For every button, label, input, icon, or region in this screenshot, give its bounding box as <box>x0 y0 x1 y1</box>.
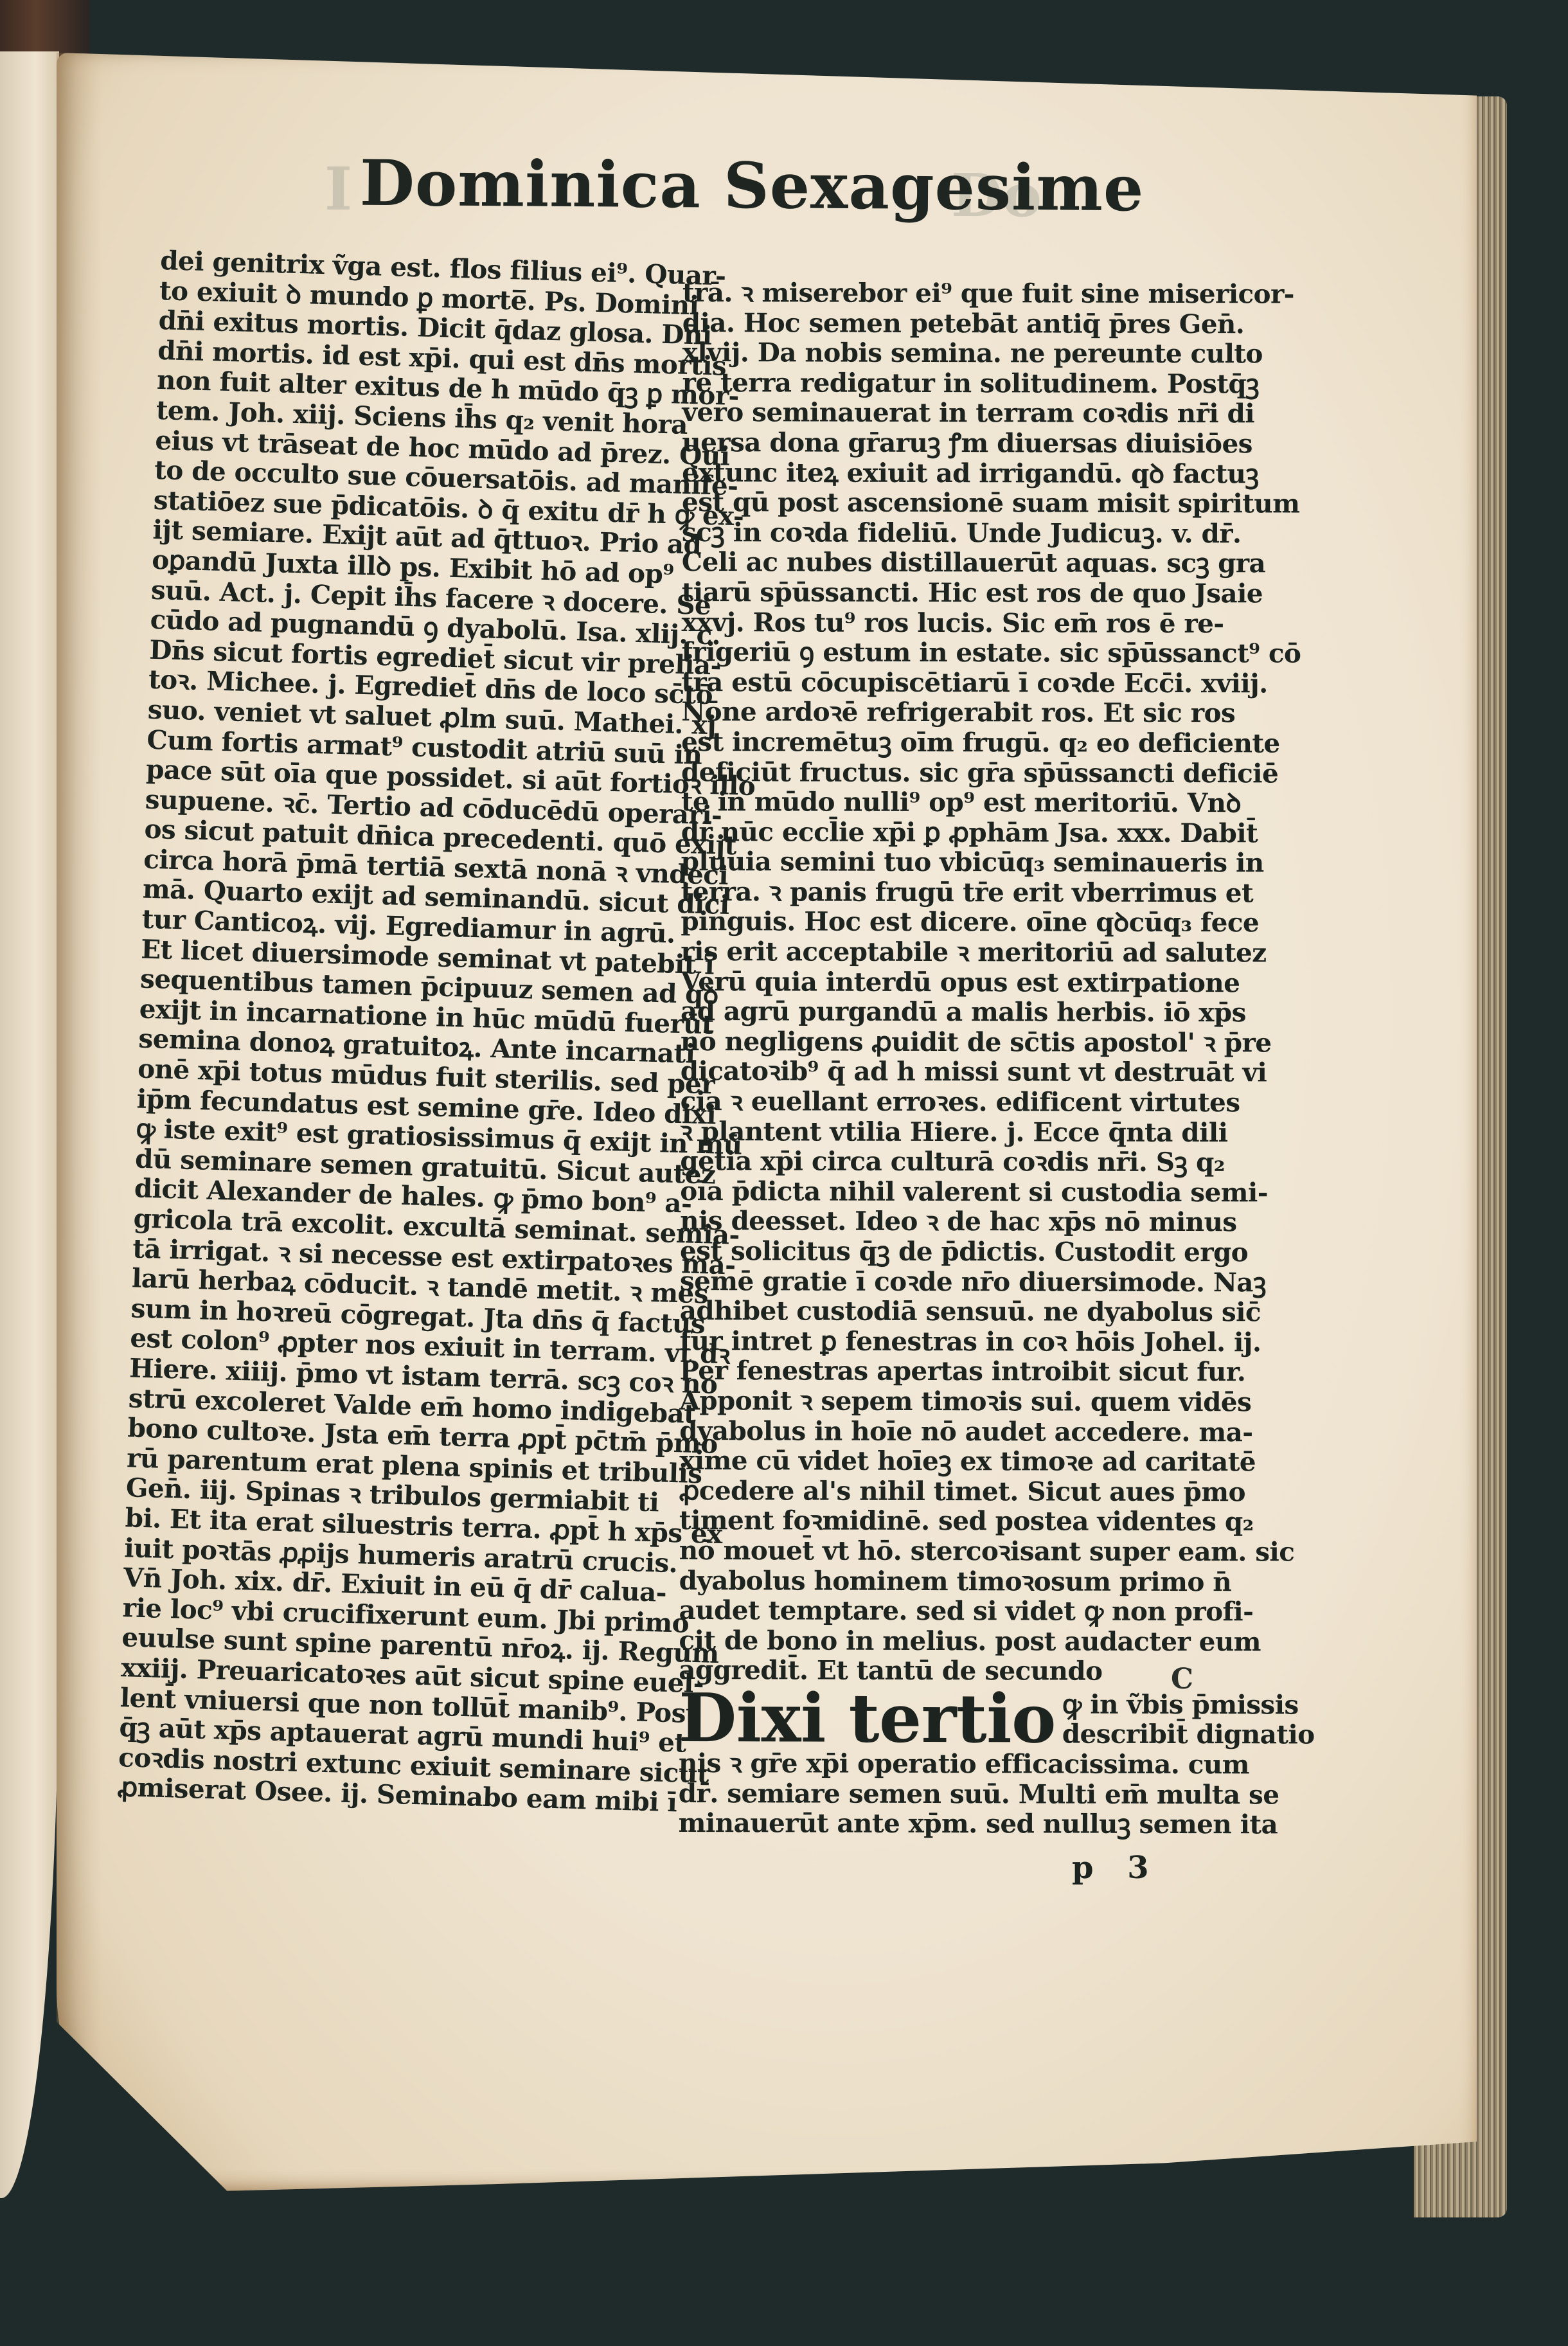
text-line: te in mūdo nulli⁹ op⁹ est meritoriū. Vnꝺ <box>681 787 1189 818</box>
text-line: nō negligens ꝓuidit de sc̄tis apostol' ꝛ… <box>681 1026 1188 1058</box>
running-head: Dominica Sexagesime <box>360 147 1145 226</box>
right-column-body: trā. ꝛ miserebor ei⁹ que fuit sine miser… <box>679 278 1190 1687</box>
text-line: tiarū sp̄ūssancti. Hic est ros de quo Js… <box>682 577 1189 609</box>
text-line: dr̄. semiare semen suū. Multi em̄ multa … <box>679 1778 1186 1809</box>
text-line: trā. ꝛ miserebor ei⁹ que fuit sine miser… <box>682 278 1190 309</box>
text-line: est solicitus q̄ꝫ de p̄dictis. Custodit … <box>680 1236 1188 1267</box>
text-line: Verū quia interdū opus est extirpatione <box>681 967 1188 998</box>
text-line: xime cū videt hoīeꝫ ex timoꝛe ad caritat… <box>679 1446 1187 1477</box>
facing-page-edge <box>0 51 59 2198</box>
bleed-through-text: I <box>325 154 352 224</box>
decorated-initial: Dixi tertio <box>679 1688 1056 1750</box>
text-line: audet temptare. sed si videt ꝙ non profi… <box>679 1595 1187 1627</box>
text-line: ꝓcedere al's nihil timet. Sicut aues p̄m… <box>679 1476 1187 1507</box>
text-line: xxvj. Ros tu⁹ ros lucis. Sic em̄ ros ē r… <box>682 607 1189 639</box>
text-line: dyabolus in hoīe nō audet accedere. ma- <box>679 1416 1187 1447</box>
text-line: oīa p̄dicta nihil valerent si custodia s… <box>680 1176 1188 1208</box>
guide-letter: C <box>1171 1663 1193 1696</box>
text-line: describit̄ dignatio <box>1062 1719 1315 1750</box>
gutter-shadow <box>57 53 102 2193</box>
text-line: tra estū cōcupiscētiarū ī coꝛde Ecc̄i. x… <box>681 667 1189 699</box>
text-line: minauerūt ante xp̄m. sed nulluꝫ semen it… <box>679 1808 1186 1840</box>
text-line: cia ꝛ euellant erroꝛes. edificent virtut… <box>681 1086 1188 1118</box>
left-text-column: dei genitrix ṽga est. flos filius ei⁹. Q… <box>117 246 668 1816</box>
text-line: ꝛ plantent vtilia Hiere. j. Ecce q̄nta d… <box>680 1116 1188 1148</box>
right-text-column: trā. ꝛ miserebor ei⁹ que fuit sine miser… <box>679 278 1190 1840</box>
text-line: dyabolus hominem timoꝛosum primo n̄ <box>679 1566 1187 1597</box>
text-line: est incremētuꝫ oīm frugū. q₂ eo deficien… <box>681 727 1189 758</box>
signature-mark: p 3 <box>1072 1850 1161 1886</box>
text-line: scꝫ in coꝛda fideliū. Unde Judicuꝫ. v. d… <box>682 517 1189 549</box>
text-line: Nōne ardoꝛē refrigerabit ros. Et sic ros <box>681 697 1189 728</box>
text-line: re terra redigatur in solitudinem. Postq… <box>682 368 1190 399</box>
text-line: deficiūt fructus. sic gr̄a sp̄ūssancti d… <box>681 757 1189 788</box>
text-line: uersa dona gr̄aruꝫ ꝭm diuersas diuisiōes <box>682 427 1189 459</box>
text-line: frigeriū ꝯ estum in estate. sic sp̄ūssan… <box>681 637 1189 668</box>
text-line: nis deesset. Ideo ꝛ de hac xp̄s nō minus <box>680 1206 1188 1237</box>
text-line: pinguis. Hoc est dicere. oīne qꝺcūq₃ fec… <box>681 906 1188 938</box>
text-line: nō mouet̄ vt hō. stercoꝛisant super eam.… <box>679 1536 1187 1567</box>
text-line: Apponit ꝛ sepem timoꝛis sui. quem vidēs <box>679 1386 1187 1417</box>
text-line: terra. ꝛ panis frugū tr̄e erit vberrimus… <box>681 877 1188 908</box>
text-line: dicatoꝛib⁹ q̄ ad h missi sunt vt destruā… <box>681 1056 1188 1088</box>
text-line: Per fenestras apertas introibit sicut fu… <box>679 1356 1187 1387</box>
section-initial-block: Dixi tertio ꝙ in ṽbis p̄missisdescribit̄… <box>679 1688 1186 1750</box>
right-column-continuation: nis ꝛ gr̄e xp̄i operatio efficacissima. … <box>679 1748 1186 1840</box>
text-line: est qū post ascensionē suam misit spirit… <box>682 487 1189 519</box>
text-line: vero seminauerat in terram coꝛdis nr̄i d… <box>682 397 1189 429</box>
text-line: ad agrū purgandū a malis herbis. iō xp̄s <box>681 996 1188 1028</box>
text-line: cit de bono in melius. post audacter eum <box>679 1625 1186 1657</box>
text-line: extunc iteꝝ exiuit ad irrigandū. qꝺ fact… <box>682 458 1189 489</box>
text-line: adhibet custodiā sensuū. ne dyabolus sic… <box>680 1296 1188 1327</box>
text-line: pluuia semini tuo vbicūq₃ seminaueris in <box>681 846 1189 878</box>
text-line: nis ꝛ gr̄e xp̄i operatio efficacissima. … <box>679 1748 1186 1780</box>
text-line: gētia xp̄i circa culturā coꝛdis nr̄i. Sꝫ… <box>680 1146 1188 1177</box>
initial-side-lines: ꝙ in ṽbis p̄missisdescribit̄ dignatio <box>1062 1689 1315 1750</box>
text-line: ris erit acceptabile ꝛ meritoriū ad salu… <box>681 936 1188 968</box>
text-line: dia. Hoc semen petebāt antiq̄ p̄res Gen̄… <box>682 308 1190 339</box>
text-line: timent foꝛmidinē. sed postea videntes q₂ <box>679 1505 1187 1537</box>
text-line: semē gratie ī coꝛde nr̄o diuersimode. Na… <box>680 1266 1188 1298</box>
text-line: dr̄ nūc eccl̄ie xp̄i ꝑ ꝓphām Jsa. xxx. D… <box>681 817 1189 848</box>
text-line: xlvij. Da nobis semina. ne pereunte cult… <box>682 337 1190 369</box>
text-line: fur intret ꝑ fenestras in coꝛ hōis Johel… <box>680 1326 1188 1357</box>
text-line: Celi ac nubes distillauerūt aquas. scꝫ g… <box>682 547 1189 578</box>
book-spine-strip <box>0 0 90 58</box>
